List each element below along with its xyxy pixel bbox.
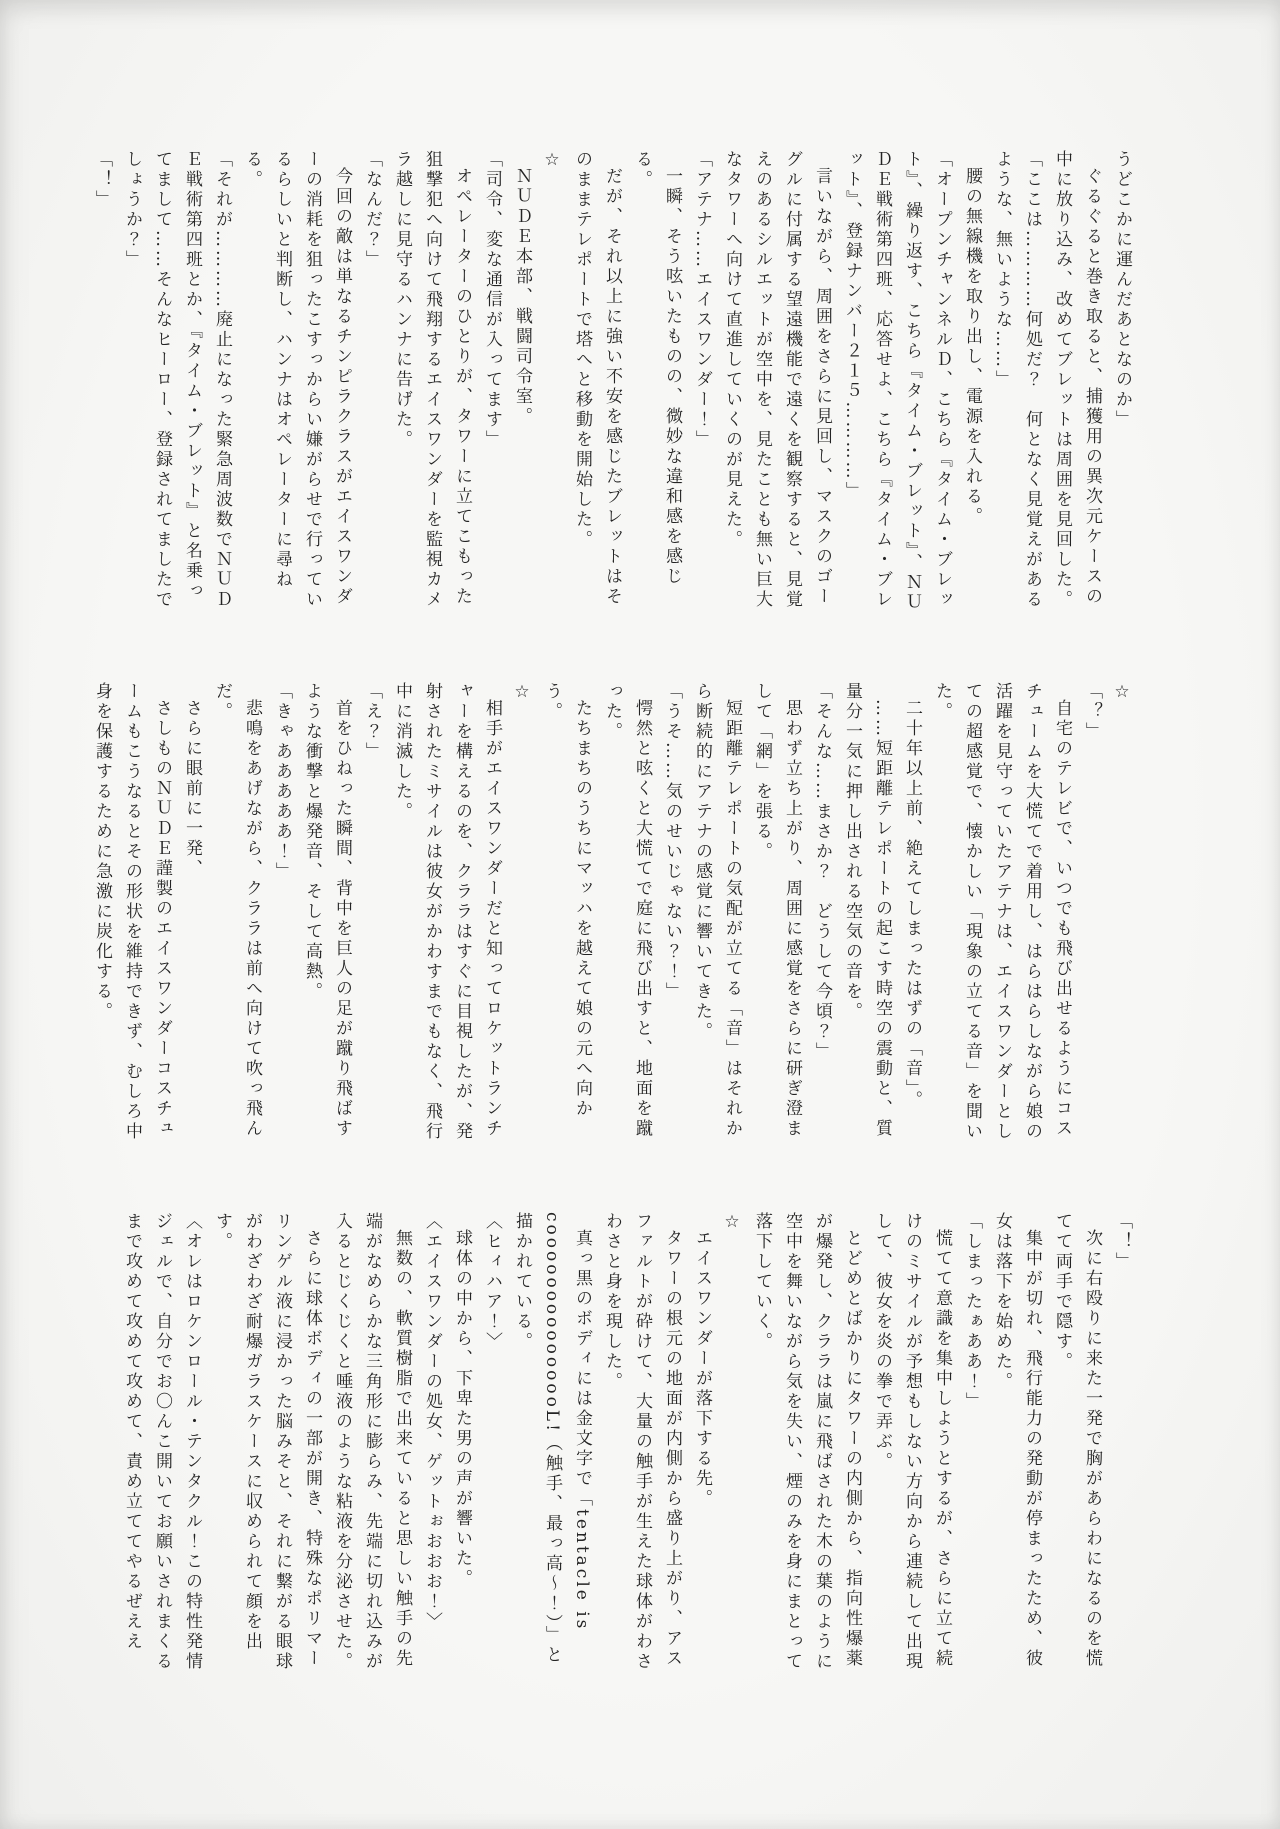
text-column-paragraph: 慌てて意識を集中しようとするが、さらに立て続けのミサイルが予想もしない方向から連… (867, 1212, 957, 1682)
text-column-paragraph: 「え？」 (357, 682, 387, 1152)
text-column-paragraph: 球体の中から、下卑た男の声が響いた。 (447, 1212, 477, 1682)
text-column-paragraph: だが、それ以上に強い不安を感じたブレットはそのままテレポートで塔へと移動を開始し… (567, 150, 627, 620)
text-column-paragraph: 〈オレはロケンロール・テンタクル！この特性発情ジェルで、自分でお〇んこ開いてお願… (117, 1212, 207, 1682)
text-column-paragraph: 「なんだ？」 (357, 150, 387, 620)
text-column-paragraph: ＮＵＤＥ本部、戦闘司令室。 (507, 150, 537, 620)
text-column-paragraph: 愕然と呟くと大慌てで庭に飛び出すと、地面を蹴った。 (597, 682, 657, 1152)
text-column-paragraph: 「！」 (1107, 1212, 1137, 1682)
text-column-paragraph: 「？」 (1077, 682, 1107, 1152)
text-column-paragraph: さしものＮＵＤＥ謹製のエイスワンダーコスチュームもこうなるとその形状を維持できず… (87, 682, 177, 1152)
text-column-paragraph: 〈エイスワンダーの処女、ゲットぉおおお！〉 (417, 1212, 447, 1682)
text-column-paragraph: 自宅のテレビで、いつでも飛び出せるようにコスチュームを大慌てで着用し、はらはらし… (927, 682, 1077, 1152)
text-column-paragraph: 〈ヒィハア！〉 (477, 1212, 507, 1682)
text-column-paragraph: ☆ (1107, 682, 1137, 1152)
text-column-paragraph: 次に右殴りに来た一発で胸があらわになるのを慌てて両手で隠す。 (1047, 1212, 1107, 1682)
text-column-paragraph: ☆ (507, 682, 537, 1152)
text-column-paragraph: 腰の無線機を取り出し、電源を入れる。 (957, 150, 987, 620)
text-column-paragraph: ☆ (717, 1212, 747, 1682)
novel-page: うどこかに運んだあとなのか」ぐるぐると巻き取ると、捕獲用の異次元ケースの中に放り… (0, 0, 1280, 1829)
text-column-paragraph: さらに球体ボディの一部が開き、特殊なポリマーリンゲル液に浸かった脳みそと、それに… (207, 1212, 327, 1682)
text-column-paragraph: 「オープンチャンネルＤ、こちら『タイム・ブレット』、繰り返す、こちら『タイム・ブ… (837, 150, 957, 620)
text-column-paragraph: 無数の、軟質樹脂で出来ていると思しい触手の先端がなめらかな三角形に膨らみ、先端に… (327, 1212, 417, 1682)
text-column-paragraph: 短距離テレポートの気配が立てる「音」はそれから断続的にアテナの感覚に響いてきた。 (687, 682, 747, 1152)
text-column-paragraph: とどめとばかりにタワーの内側から、指向性爆薬が爆発し、クララは嵐に飛ばされた木の… (747, 1212, 867, 1682)
text-column-paragraph: 一瞬、そう呟いたものの、微妙な違和感を感じる。 (627, 150, 687, 620)
text-column-paragraph: 言いながら、周囲をさらに見回し、マスクのゴーグルに付属する望遠機能で遠くを観察す… (717, 150, 837, 620)
text-column-paragraph: うどこかに運んだあとなのか」 (1107, 150, 1137, 620)
text-column-paragraph: 「それが…………廃止になった緊急周波数でＮＵＤＥ戦術第四班とか、『タイム・ブレッ… (117, 150, 237, 620)
text-column-paragraph: 「アテナ……エイスワンダー！」 (687, 150, 717, 620)
text-column-paragraph: 「うそ……気のせいじゃない？！」 (657, 682, 687, 1152)
text-column-paragraph: ☆ (537, 150, 567, 620)
text-column-paragraph: 悲鳴をあげながら、クララは前へ向けて吹っ飛んだ。 (207, 682, 267, 1152)
text-column-paragraph: 「きゃあああああ！」 (267, 682, 297, 1152)
text-column-paragraph: 集中が切れ、飛行能力の発動が停まったため、彼女は落下を始めた。 (987, 1212, 1047, 1682)
text-column-paragraph: 「しまったぁああ！」 (957, 1212, 987, 1682)
text-column-paragraph: 「ここは…………何処だ？ 何となく見覚えがあるような、無いような……」 (987, 150, 1047, 620)
text-column-paragraph: 首をひねった瞬間、背中を巨人の足が蹴り飛ばすような衝撃と爆発音、そして高熱。 (297, 682, 357, 1152)
text-column-paragraph: 今回の敵は単なるチンピラクラスがエイスワンダーの消耗を狙ったこすっからい嫌がらせ… (237, 150, 357, 620)
text-band-middle: ☆「？」自宅のテレビで、いつでも飛び出せるようにコスチュームを大慌てで着用し、は… (87, 682, 1137, 1152)
text-column-paragraph: 相手がエイスワンダーだと知ってロケットランチャーを構えるのを、クララはすぐに目視… (387, 682, 507, 1152)
text-column-paragraph: オペレーターのひとりが、タワーに立てこもった狙撃犯へ向けて飛翔するエイスワンダー… (387, 150, 477, 620)
text-column-paragraph: タワーの根元の地面が内側から盛り上がり、アスファルトが砕けて、大量の触手が生えた… (597, 1212, 687, 1682)
text-column-paragraph: たちまちのうちにマッハを越えて娘の元へ向かう。 (537, 682, 597, 1152)
text-column-paragraph: さらに眼前に一発、 (177, 682, 207, 1152)
text-column-paragraph: 「そんな……まさか？ どうして今頃？」 (807, 682, 837, 1152)
text-column-paragraph: 二十年以上前、絶えてしまったはずの「音」。 (897, 682, 927, 1152)
text-band-top: うどこかに運んだあとなのか」ぐるぐると巻き取ると、捕獲用の異次元ケースの中に放り… (87, 150, 1137, 620)
text-column-paragraph: ……短距離テレポートの起こす時空の震動と、質量分一気に押し出される空気の音を。 (837, 682, 897, 1152)
text-column-paragraph: 真っ黒のボディには金文字で「tentacle is cooooooooooooo… (507, 1212, 597, 1682)
text-column-paragraph: ぐるぐると巻き取ると、捕獲用の異次元ケースの中に放り込み、改めてブレットは周囲を… (1047, 150, 1107, 620)
text-column-paragraph: 「司令、変な通信が入ってます」 (477, 150, 507, 620)
text-column-paragraph: 思わず立ち上がり、周囲に感覚をさらに研ぎ澄まして「網」を張る。 (747, 682, 807, 1152)
text-column-paragraph: 「！」 (87, 150, 117, 620)
text-column-paragraph: エイスワンダーが落下する先。 (687, 1212, 717, 1682)
text-band-bottom: 「！」次に右殴りに来た一発で胸があらわになるのを慌てて両手で隠す。集中が切れ、飛… (117, 1212, 1137, 1682)
